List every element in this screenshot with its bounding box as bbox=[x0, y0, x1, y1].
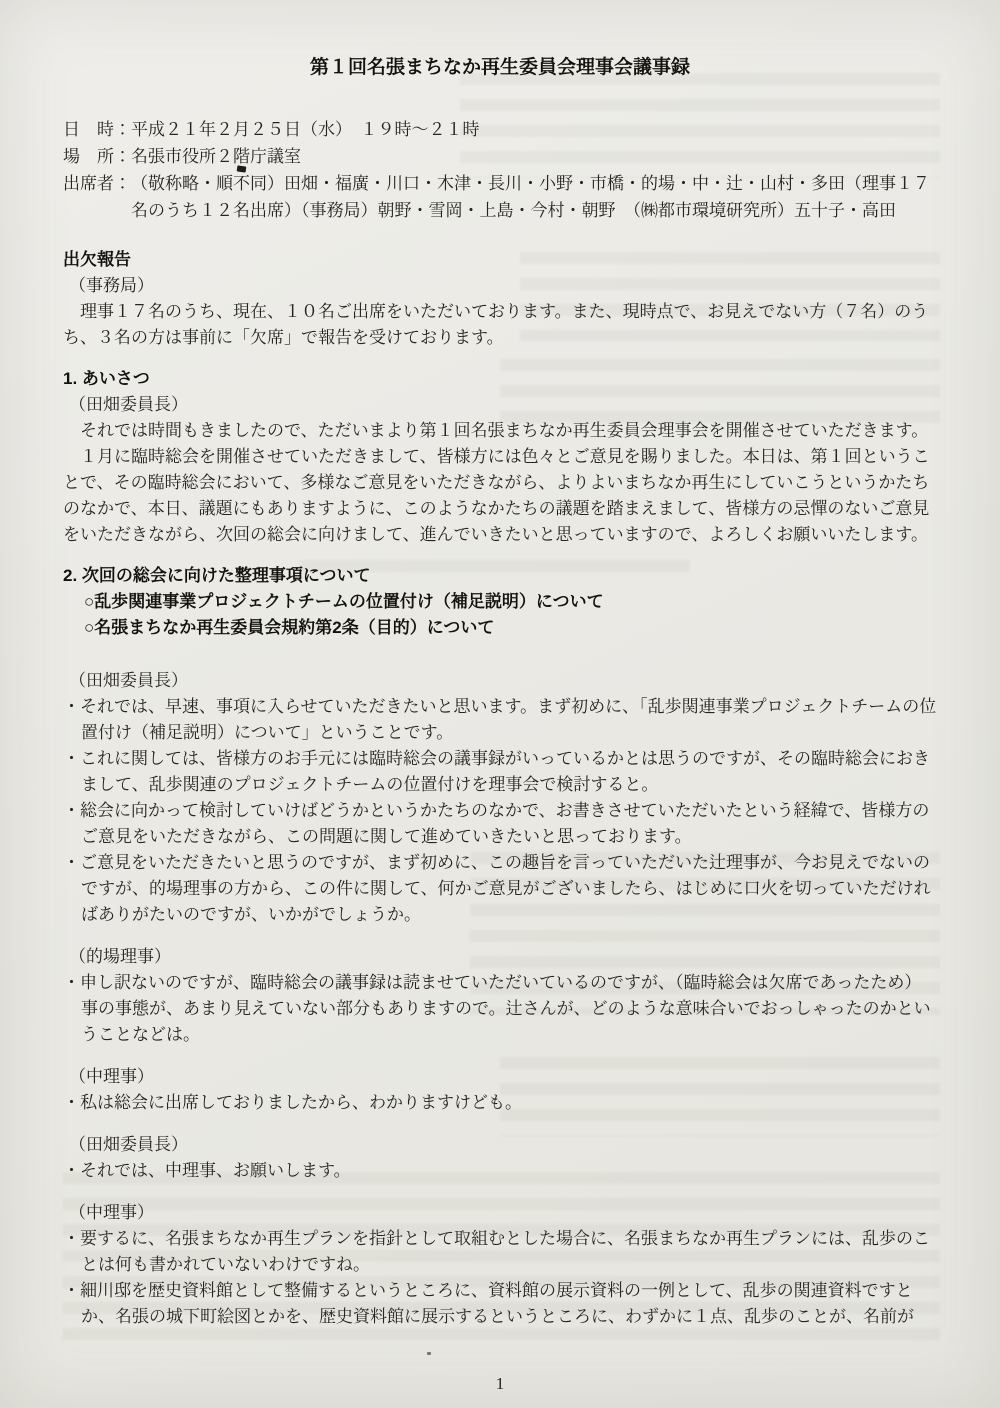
meta-value-location: 名張市役所２階庁議室 bbox=[131, 143, 937, 170]
speaker-label: （中理事） bbox=[69, 1200, 937, 1226]
meta-row-attendees: 出席者： （敬称略・順不同）田畑・福廣・川口・木津・長川・小野・市橋・的場・中・… bbox=[63, 170, 937, 224]
section-heading-attendance: 出欠報告 bbox=[63, 246, 937, 273]
section1-paragraph: １月に臨時総会を開催させていただきまして、皆様方には色々とご意見を賜りました。本… bbox=[63, 444, 937, 548]
meta-label-datetime: 日 時： bbox=[63, 116, 131, 143]
section-heading-2: 2. 次回の総会に向けた整理事項について bbox=[63, 562, 937, 589]
speaker-label: （田畑委員長） bbox=[69, 1132, 937, 1158]
document-title: 第１回名張まちなか再生委員会理事会議事録 bbox=[63, 56, 937, 80]
statement-bullet: ・総会に向かって検討していけばどうかというかたちのなかで、お書きさせていただいた… bbox=[63, 798, 937, 850]
speaker-label: （事務局） bbox=[69, 273, 937, 299]
dialogue-group: （中理事） ・要するに、名張まちなか再生プランを指針として取組むとした場合に、名… bbox=[63, 1200, 937, 1330]
meta-value-attendees: （敬称略・順不同）田畑・福廣・川口・木津・長川・小野・市橋・的場・中・辻・山村・… bbox=[131, 170, 937, 224]
meta-value-datetime: 平成２１年２月２５日（水） １９時～２１時 bbox=[131, 116, 937, 143]
speaker-label: （田畑委員長） bbox=[69, 392, 937, 418]
agenda-item: ○乱歩関連事業プロジェクトチームの位置付け（補足説明）について bbox=[84, 589, 937, 615]
statement-bullet: ・細川邸を歴史資料館として整備するというところに、資料館の展示資料の一例として、… bbox=[63, 1278, 937, 1330]
speaker-label: （中理事） bbox=[69, 1064, 937, 1090]
attendance-body: 理事１７名のうち、現在、１０名ご出席をいただいております。また、現時点で、お見え… bbox=[63, 299, 937, 351]
page-number: 1 bbox=[0, 1372, 1000, 1396]
meta-label-location: 場 所： bbox=[63, 143, 131, 170]
agenda-item: ○名張まちなか再生委員会規約第2条（目的）について bbox=[84, 615, 937, 641]
section1-paragraph: それでは時間もきましたので、ただいまより第１回名張まちなか再生委員会理事会を開催… bbox=[63, 418, 937, 444]
scanned-document-page: 第１回名張まちなか再生委員会理事会議事録 日 時： 平成２１年２月２５日（水） … bbox=[0, 0, 1000, 1408]
dialogue-group: （的場理事） ・申し訳ないのですが、臨時総会の議事録は読ませていただいているので… bbox=[63, 944, 937, 1048]
statement-bullet: ・私は総会に出席しておりましたから、わかりますけども。 bbox=[63, 1090, 937, 1116]
dialogue-group: （田畑委員長） ・それでは、早速、事項に入らせていただきたいと思います。まず初め… bbox=[63, 668, 937, 928]
scan-speck-artifact bbox=[427, 1352, 431, 1355]
statement-bullet: ・申し訳ないのですが、臨時総会の議事録は読ませていただいているのですが、（臨時総… bbox=[63, 970, 937, 1048]
meta-block: 日 時： 平成２１年２月２５日（水） １９時～２１時 場 所： 名張市役所２階庁… bbox=[63, 116, 937, 224]
speaker-label: （的場理事） bbox=[69, 944, 937, 970]
meta-row-location: 場 所： 名張市役所２階庁議室 bbox=[63, 143, 937, 170]
statement-bullet: ・要するに、名張まちなか再生プランを指針として取組むとした場合に、名張まちなか再… bbox=[63, 1226, 937, 1278]
statement-bullet: ・それでは、早速、事項に入らせていただきたいと思います。まず初めに、「乱歩関連事… bbox=[63, 694, 937, 746]
dialogue-group: （中理事） ・私は総会に出席しておりましたから、わかりますけども。 bbox=[63, 1064, 937, 1116]
statement-bullet: ・それでは、中理事、お願いします。 bbox=[63, 1158, 937, 1184]
statement-bullet: ・ご意見をいただきたいと思うのですが、まず初めに、この趣旨を言っていただいた辻理… bbox=[63, 850, 937, 928]
statement-bullet: ・これに関しては、皆様方のお手元には臨時総会の議事録がいっているかとは思うのです… bbox=[63, 746, 937, 798]
speaker-label: （田畑委員長） bbox=[69, 668, 937, 694]
section-heading-1: 1. あいさつ bbox=[63, 365, 937, 392]
meta-label-attendees: 出席者： bbox=[63, 170, 131, 224]
meta-row-datetime: 日 時： 平成２１年２月２５日（水） １９時～２１時 bbox=[63, 116, 937, 143]
dialogue-group: （田畑委員長） ・それでは、中理事、お願いします。 bbox=[63, 1132, 937, 1184]
